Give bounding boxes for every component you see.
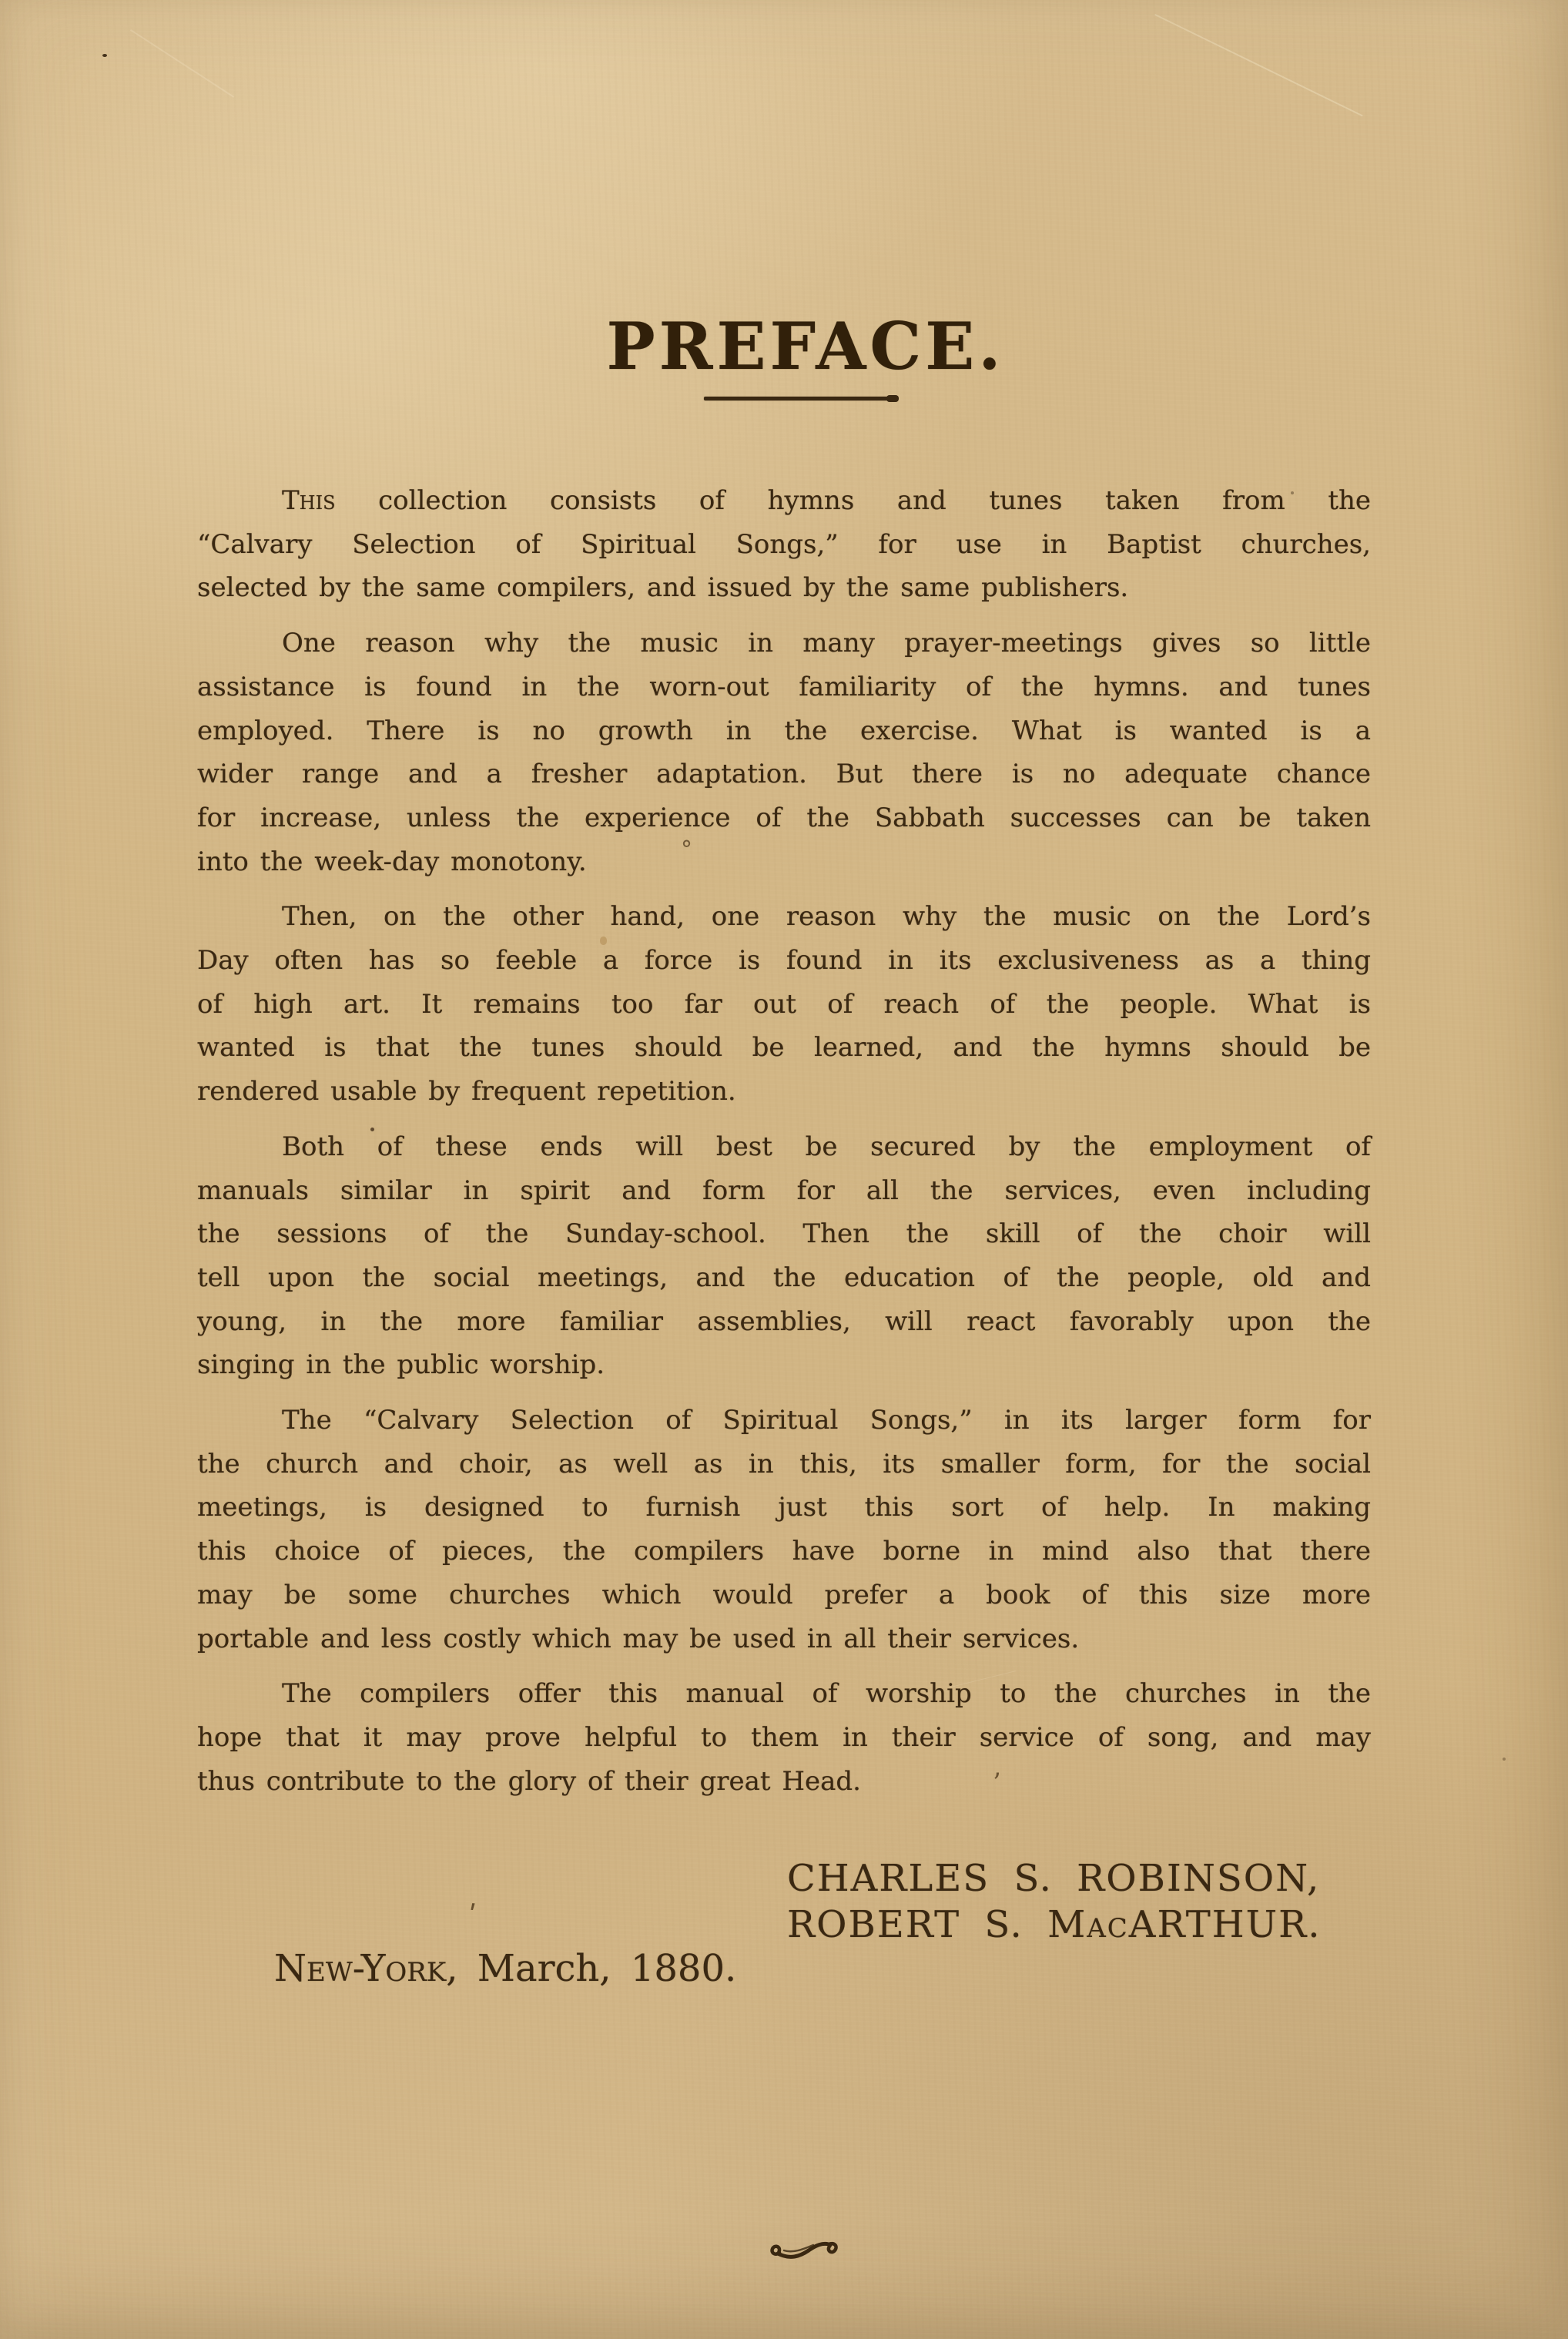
text-line: of high art. It remains too far out of r… xyxy=(197,983,1371,1027)
text-line: wider range and a fresher adaptation. Bu… xyxy=(197,752,1371,796)
text-line: Then, on the other hand, one reason why … xyxy=(197,895,1371,939)
text-line: Both of these ends will best be secured … xyxy=(197,1125,1371,1169)
text-line: the church and choir, as well as in this… xyxy=(197,1443,1371,1486)
page-title: PREFACE. xyxy=(22,314,1568,379)
text-line: assistance is found in the worn-out fami… xyxy=(197,665,1371,709)
text-line: The “Calvary Selection of Spiritual Song… xyxy=(197,1399,1371,1443)
paragraph: Then, on the other hand, one reason why … xyxy=(197,895,1371,1114)
ink-speck xyxy=(102,54,107,57)
paper-scratch xyxy=(130,29,234,98)
paragraph: One reason why the music in many prayer-… xyxy=(197,622,1371,883)
text-line: singing in the public worship. xyxy=(197,1343,1371,1387)
text-line: The compilers offer this manual of worsh… xyxy=(197,1672,1371,1716)
signature-line: CHARLES S. ROBINSON, xyxy=(787,1855,1321,1902)
preface-body: This collection consists of hymns and tu… xyxy=(197,479,1371,1803)
text-line: rendered usable by frequent repetition. xyxy=(197,1070,1371,1114)
text-line: tell upon the social meetings, and the e… xyxy=(197,1256,1371,1300)
text-line: meetings, is designed to furnish just th… xyxy=(197,1486,1371,1530)
text-line: for increase, unless the experience of t… xyxy=(197,796,1371,840)
ink-tick-artifact: ʹ xyxy=(467,1901,477,1933)
text-line: manuals similar in spirit and form for a… xyxy=(197,1169,1371,1213)
ink-speck xyxy=(1503,1758,1506,1761)
paragraph: The “Calvary Selection of Spiritual Song… xyxy=(197,1399,1371,1660)
title-divider-rule xyxy=(704,397,896,400)
signature-line: ROBERT S. MacARTHUR. xyxy=(787,1902,1321,1948)
calligraphic-flourish-ornament xyxy=(769,2237,839,2263)
small-caps-text: New-York xyxy=(274,1947,446,1990)
paper-scratch xyxy=(1154,14,1363,116)
book-page: PREFACE. This collection consists of hym… xyxy=(0,0,1568,2339)
text-line: employed. There is no growth in the exer… xyxy=(197,709,1371,753)
text-line: the sessions of the Sunday-school. Then … xyxy=(197,1212,1371,1256)
text-line: young, in the more familiar assemblies, … xyxy=(197,1300,1371,1344)
text-line: hope that it may prove helpful to them i… xyxy=(197,1716,1371,1760)
small-caps-text: This xyxy=(282,485,336,516)
signature-block: CHARLES S. ROBINSON,ROBERT S. MacARTHUR. xyxy=(787,1855,1321,1948)
text-line: This collection consists of hymns and tu… xyxy=(197,479,1371,523)
text-line: wanted is that the tunes should be learn… xyxy=(197,1026,1371,1070)
text-line: Day often has so feeble a force is found… xyxy=(197,939,1371,983)
small-caps-text: Mac xyxy=(1047,1903,1129,1946)
paragraph: The compilers offer this manual of worsh… xyxy=(197,1672,1371,1803)
text-line: may be some churches which would prefer … xyxy=(197,1573,1371,1617)
text-line: thus contribute to the glory of their gr… xyxy=(197,1760,1371,1804)
text-line: portable and less costly which may be us… xyxy=(197,1617,1371,1661)
text-line: into the week-day monotony. xyxy=(197,840,1371,884)
paragraph: Both of these ends will best be secured … xyxy=(197,1125,1371,1387)
text-line: “Calvary Selection of Spiritual Songs,” … xyxy=(197,523,1371,567)
text-line: One reason why the music in many prayer-… xyxy=(197,622,1371,665)
paragraph: This collection consists of hymns and tu… xyxy=(197,479,1371,610)
text-line: this choice of pieces, the compilers hav… xyxy=(197,1530,1371,1573)
text-line: selected by the same compilers, and issu… xyxy=(197,566,1371,610)
dateline: New-York, March, 1880. xyxy=(274,1947,736,1990)
